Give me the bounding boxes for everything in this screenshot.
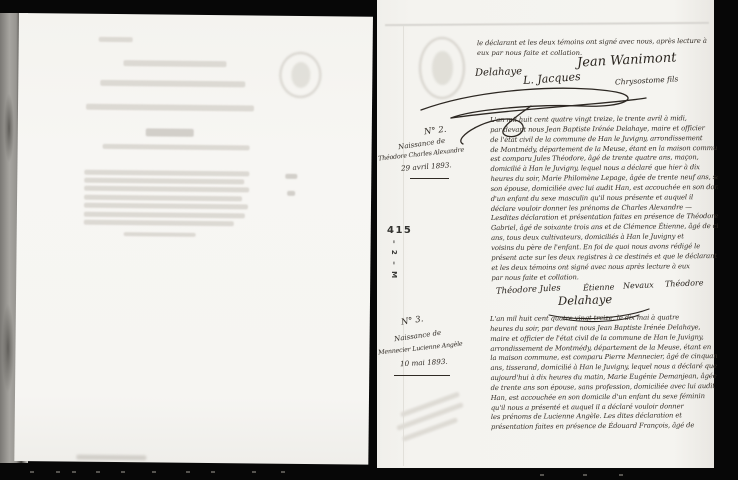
signature-declarant: Théodore Jules [496, 283, 561, 296]
bleedthrough-line [146, 128, 194, 137]
act-line: et les deux témoins ont signé avec nous … [491, 262, 718, 274]
bleedthrough-line [84, 212, 245, 219]
bleedthrough-line [84, 170, 249, 177]
paper-inner-edge [403, 26, 404, 466]
margin-underline [394, 375, 450, 376]
bleedthrough-line [84, 203, 248, 210]
signature-jean-wanimont: Jean Wanimont [577, 50, 677, 70]
folio-number-stamp: 415 [387, 225, 412, 236]
margin-date: 29 avril 1893. [401, 160, 452, 173]
birth-act-3-text: L'an mil huit cent quatre vingt treize, … [490, 313, 718, 435]
paper-top-edge [385, 22, 709, 26]
previous-act-line: le déclarant et les deux témoins ont sig… [477, 37, 707, 47]
folio-stamp-vertical-mark: – 2 – M [390, 240, 398, 280]
margin-birth-label: Naissance de [394, 329, 442, 344]
bleedthrough-mark [285, 174, 297, 179]
bleedthrough-line [84, 195, 242, 202]
bleedthrough-line [84, 178, 244, 185]
signature-witness: Étienne [583, 282, 615, 292]
margin-underline [410, 178, 449, 179]
bleedthrough-line [124, 232, 196, 237]
bleedthrough-mark [287, 191, 295, 196]
previous-act-line: eux par nous faite et collation. [477, 49, 582, 57]
bleedthrough-line [86, 104, 254, 112]
birth-act-2-text: L'an mil huit cent quatre vingt treize, … [490, 114, 718, 285]
bleedthrough-line [84, 220, 234, 227]
margin-child-name: Mennecier Lucienne Angèle [378, 341, 463, 357]
margin-date: 10 mai 1893. [400, 357, 448, 368]
act-line: présentation faites en présence de Édoua… [491, 421, 718, 433]
signature-witness: Nevaux [623, 280, 654, 290]
signature-witness: Théodore [665, 278, 704, 288]
bleedthrough-line [99, 37, 133, 42]
right-register-page: le déclarant et les deux témoins ont sig… [377, 0, 714, 468]
signature-delahaye: Delahaye [475, 66, 522, 79]
bleedthrough-line [84, 186, 249, 193]
edge-smudge [76, 455, 146, 461]
bleedthrough-line [100, 80, 245, 88]
bleedthrough-line [123, 60, 226, 67]
bleedthrough-stamp-icon [279, 52, 321, 98]
register-scan-image: le déclarant et les deux témoins ont sig… [0, 0, 738, 480]
margin-act-number: N° 3. [400, 314, 424, 327]
bleedthrough-line [103, 144, 250, 151]
left-blank-page [14, 13, 373, 465]
